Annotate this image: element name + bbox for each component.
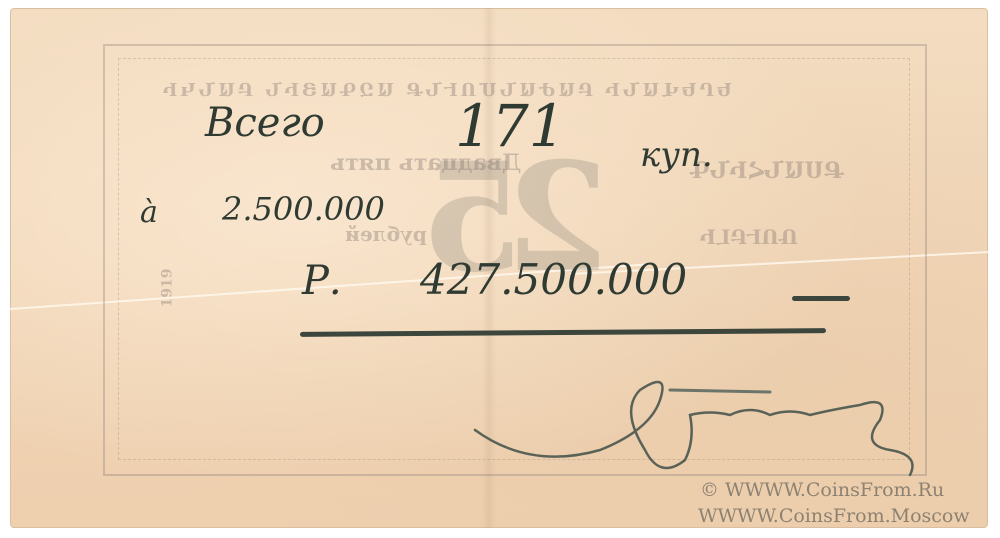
hand-word-total: Всего — [205, 100, 325, 146]
hand-dash — [792, 296, 850, 301]
printed-value-armenian: ՔՍԱՆՀԻՆԳ — [690, 158, 843, 184]
hand-unit-amount: 2.500.000 — [222, 190, 385, 228]
watermark-line-2: WWWW.CoinsFrom.Moscow — [698, 504, 970, 528]
printed-currency-armenian: ՌՈՒԲԼԻ — [700, 225, 798, 249]
hand-prefix-rubles: Р. — [302, 258, 342, 304]
hand-prefix-each: à — [140, 195, 158, 230]
side-note: 1919 — [159, 269, 175, 308]
hand-total-amount: 427.500.000 — [420, 255, 687, 304]
printed-header: ԵՐԵՎԱՆԻ ԲԱԺԱՆՄՈՒՆՔ ԱԶԳԱՅԻՆ ԲԱՆԿԻ — [160, 80, 732, 101]
watermark-line-1: © WWWW.CoinsFrom.Ru — [700, 478, 944, 502]
signature — [470, 370, 950, 480]
hand-unit: куп. — [640, 135, 713, 175]
hand-count: 171 — [455, 92, 566, 160]
